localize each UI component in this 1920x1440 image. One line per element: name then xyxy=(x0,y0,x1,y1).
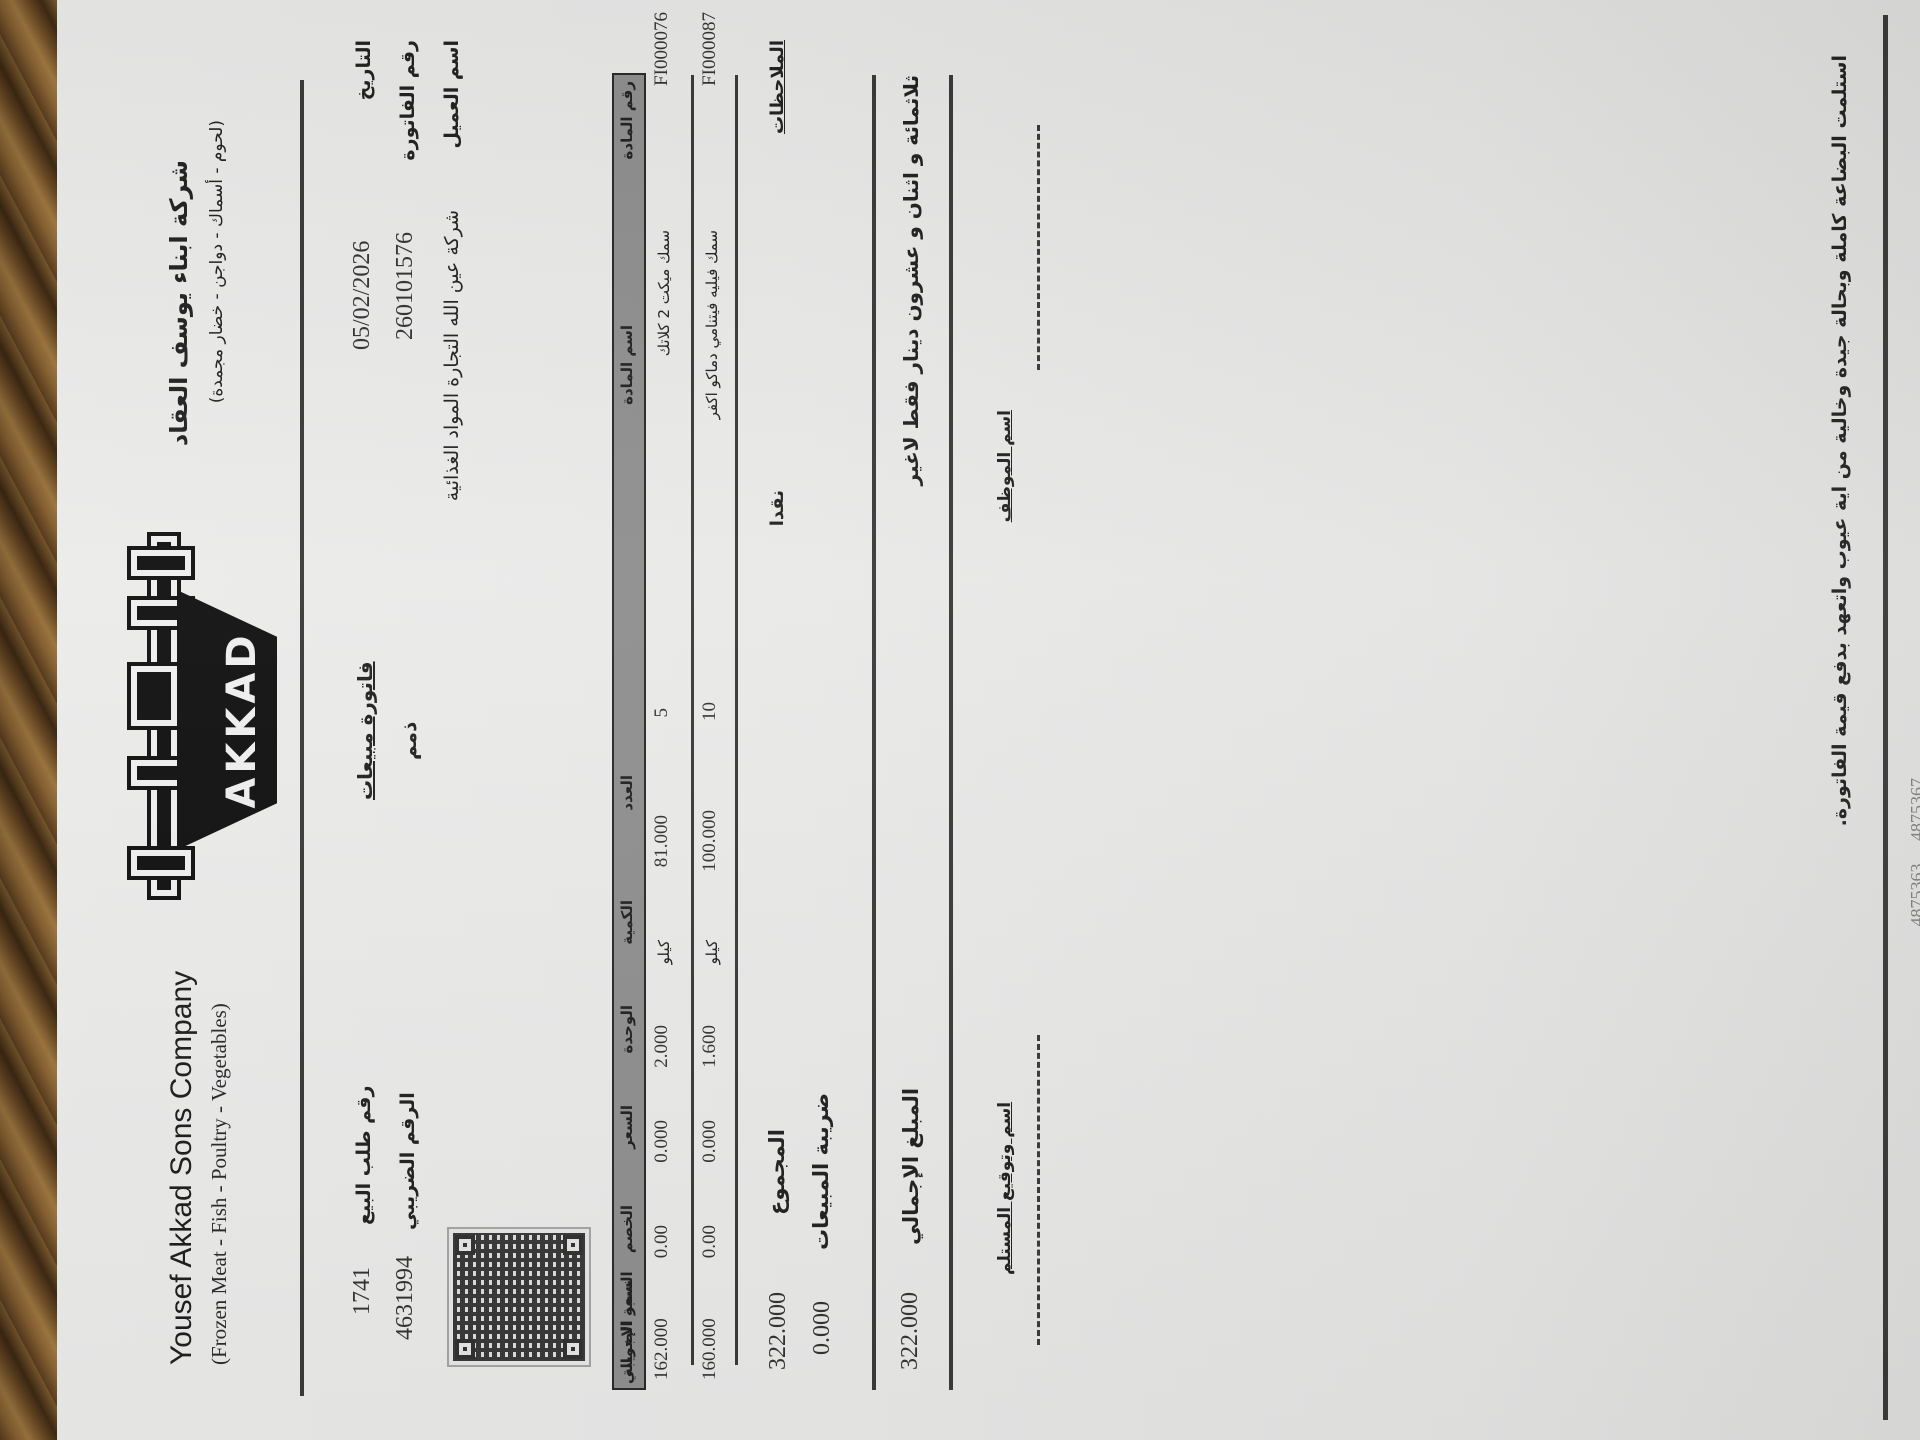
invoice-number-value: 260101576 xyxy=(392,232,419,340)
order-number-value: 1741 xyxy=(349,1267,376,1315)
col-discount: الخصم xyxy=(618,1205,636,1253)
tax-number-value: 4631994 xyxy=(392,1256,419,1340)
grand-total-label: المبلغ الإجمالي xyxy=(899,1088,923,1245)
receiver-signature-line xyxy=(1037,1035,1040,1345)
sales-tax-label: ضريبة المبيعات xyxy=(809,1093,833,1250)
receiver-signature-label: اسم وتوقيع المستلم xyxy=(995,1102,1015,1275)
subtotal-label: المجموع xyxy=(765,1129,789,1215)
akkad-logo-icon: AKKAD xyxy=(127,530,277,910)
totals-rule xyxy=(872,75,876,1390)
payment-term: ذمم xyxy=(397,722,421,760)
invoice-number-label: رقم الفاتورة xyxy=(397,40,419,161)
item-total: 162.000 xyxy=(651,1318,673,1380)
item-name: سمك فيليه فيتنامي دماكو اكفر xyxy=(703,230,721,419)
item-code: FI000087 xyxy=(699,12,721,86)
footer-contact-partial: ...4875363 ... 4875367 xyxy=(1907,778,1920,940)
order-number-label: رقم طلب البيع xyxy=(353,1086,375,1225)
item-qty: 100.000 xyxy=(699,810,721,872)
item-discount: 0.000 xyxy=(651,1120,673,1163)
item-qty: 81.000 xyxy=(651,815,673,867)
notes-value: نقدا xyxy=(767,490,788,526)
totals-bottom-rule xyxy=(949,75,953,1390)
qr-code-icon xyxy=(449,1229,589,1365)
logo-text: AKKAD xyxy=(219,530,265,910)
company-name-en: Yousef Akkad Sons Company xyxy=(165,971,199,1365)
company-subtitle-en: (Frozen Meat - Fish - Poultry - Vegetabl… xyxy=(207,1003,232,1365)
sales-tax-value: 0.000 xyxy=(809,1301,836,1355)
item-total: 160.000 xyxy=(699,1318,721,1380)
item-tax-rate: 0.00 xyxy=(699,1225,721,1258)
col-code: رقم المادة xyxy=(618,81,636,159)
item-tax-rate: 0.00 xyxy=(651,1225,673,1258)
company-subtitle-ar: (لحوم - أسماك - دواجن - خضار مجمدة) xyxy=(207,120,227,403)
item-unit: كيلو xyxy=(655,940,673,964)
date-value: 05/02/2026 xyxy=(349,241,376,350)
col-unit: الوحدة xyxy=(618,1005,636,1054)
receipt-statement: استلمت البضاعة كاملة وبحالة جيدة وخالية … xyxy=(1829,55,1851,826)
employee-name-label: اسم الموظف xyxy=(995,410,1015,522)
amount-in-words: ثلاثمائة و اثنان و عشرون دينار فقط لاغير xyxy=(899,75,923,485)
tax-number-label: الرقم الضريبي xyxy=(397,1092,419,1230)
employee-signature-line xyxy=(1037,125,1040,370)
item-count: 10 xyxy=(699,702,721,721)
item-name: سمك ميكت 2 كلاتك xyxy=(655,230,673,356)
customer-label: اسم العميل xyxy=(441,40,463,149)
date-label: التاريخ xyxy=(353,40,375,100)
col-name: اسم المادة xyxy=(618,325,636,405)
row-divider xyxy=(735,75,738,1365)
header-rule xyxy=(300,80,304,1396)
col-price: السعر xyxy=(618,1105,636,1149)
col-count: العدد xyxy=(618,775,636,811)
item-count: 5 xyxy=(651,708,673,718)
col-qty: الكمية xyxy=(618,900,636,945)
row-divider xyxy=(691,75,694,1365)
company-name-ar: شركة ابناء يوسف العقاد xyxy=(165,160,193,446)
item-unit: كيلو xyxy=(703,940,721,964)
notes-label: الملاحظات xyxy=(767,40,788,134)
invoice-page: Yousef Akkad Sons Company (Frozen Meat -… xyxy=(57,0,1920,1440)
item-code: FI000076 xyxy=(651,12,673,86)
item-price: 2.000 xyxy=(651,1025,673,1068)
col-total: السعر الإجمالي xyxy=(618,1271,636,1384)
item-price: 1.600 xyxy=(699,1025,721,1068)
items-table-header: رقم المادة اسم المادة العدد الكمية الوحد… xyxy=(612,73,646,1390)
customer-value: شركة عين الله التجارة المواد الغذائية xyxy=(441,210,463,501)
subtotal-value: 322.000 xyxy=(765,1292,792,1370)
item-discount: 0.000 xyxy=(699,1120,721,1163)
document-type: فاتورة مبيعات xyxy=(353,661,377,800)
footer-rule xyxy=(1883,15,1888,1420)
grand-total-value: 322.000 xyxy=(897,1292,924,1370)
